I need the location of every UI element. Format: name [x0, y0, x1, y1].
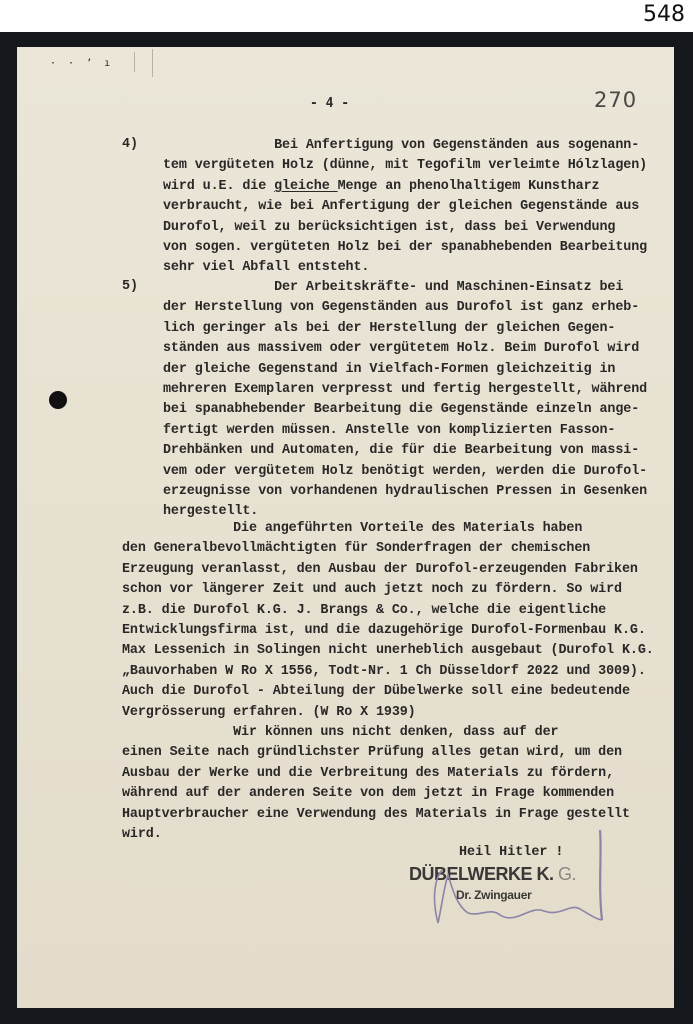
- page-marker: - 4 -: [310, 96, 349, 111]
- text-segment: wird u.E. die: [163, 179, 274, 194]
- text-line: mehreren Exemplaren verpresst und fertig…: [163, 380, 647, 400]
- text-line: Entwicklungsfirma ist, und die dazugehör…: [122, 621, 654, 641]
- text-line: während auf der anderen Seite von dem je…: [122, 784, 630, 804]
- item-number: 5): [122, 279, 138, 294]
- text-segment: Menge an phenolhaltigem Kunstharz: [338, 179, 600, 194]
- text-line: bei spanabhebender Bearbeitung die Gegen…: [163, 400, 647, 420]
- text-line: Die angeführten Vorteile des Materials h…: [122, 519, 654, 539]
- text-line: der gleiche Gegenstand in Vielfach-Forme…: [163, 360, 647, 380]
- underlined-word: gleiche: [274, 179, 338, 194]
- text-line: ständen aus massivem oder vergütetem Hol…: [163, 339, 647, 359]
- company-stamp: DÜBELWERKE K. G.: [409, 864, 576, 885]
- text-line: verbraucht, wie bei Anfertigung der glei…: [163, 197, 647, 217]
- text-line: tem vergüteten Holz (dünne, mit Tegofilm…: [163, 156, 647, 176]
- text-line: Wir können uns nicht denken, dass auf de…: [122, 723, 630, 743]
- text-line: Der Arbeitskräfte- und Maschinen-Einsatz…: [163, 278, 647, 298]
- text-line: sehr viel Abfall entsteht.: [163, 258, 647, 278]
- text-line: erzeugnisse von vorhandenen hydraulische…: [163, 482, 647, 502]
- text-line: den Generalbevollmächtigten für Sonderfr…: [122, 539, 654, 559]
- item-5-text: Der Arbeitskräfte- und Maschinen-Einsatz…: [163, 278, 647, 523]
- text-line: fertigt werden müssen. Anstelle von komp…: [163, 421, 647, 441]
- text-line: einen Seite nach gründlichster Prüfung a…: [122, 743, 630, 763]
- punch-hole-icon: [49, 391, 67, 409]
- text-line: Ausbau der Werke und die Verbreitung des…: [122, 764, 630, 784]
- company-name: DÜBELWERKE K.: [409, 864, 554, 884]
- text-line: Hauptverbraucher eine Verwendung des Mat…: [122, 805, 630, 825]
- item-4-text: Bei Anfertigung von Gegenständen aus sog…: [163, 136, 647, 279]
- text-line: Bei Anfertigung von Gegenständen aus sog…: [163, 136, 647, 156]
- text-line: von sogen. vergüteten Holz bei der spana…: [163, 238, 647, 258]
- item-number: 4): [122, 137, 138, 152]
- folio-number: 270: [594, 88, 637, 112]
- text-line: z.B. die Durofol K.G. J. Brangs & Co., w…: [122, 601, 654, 621]
- company-name-faint: G.: [554, 864, 577, 884]
- text-line: vem oder vergütetem Holz benötigt werden…: [163, 462, 647, 482]
- text-line: Durofol, weil zu berücksichtigen ist, da…: [163, 218, 647, 238]
- text-line: der Herstellung von Gegenständen aus Dur…: [163, 298, 647, 318]
- text-line: Drehbänken und Automaten, die für die Be…: [163, 441, 647, 461]
- text-line: lich geringer als bei der Herstellung de…: [163, 319, 647, 339]
- closing-greeting: Heil Hitler !: [459, 845, 563, 860]
- signatory-name: Dr. Zwingauer: [456, 888, 531, 902]
- text-line: Auch die Durofol - Abteilung der Dübelwe…: [122, 682, 654, 702]
- fold-line: [134, 52, 135, 72]
- fold-line: [152, 49, 153, 77]
- text-line: wird u.E. die gleiche Menge an phenolhal…: [163, 177, 647, 197]
- paragraph-conclusion: Wir können uns nicht denken, dass auf de…: [122, 723, 630, 845]
- text-line: wird.: [122, 825, 630, 845]
- text-line: „Bauvorhaben W Ro X 1556, Todt-Nr. 1 Ch …: [122, 662, 654, 682]
- text-line: Vergrösserung erfahren. (W Ro X 1939): [122, 703, 654, 723]
- scan-specks: · · ’ ı: [50, 58, 113, 69]
- archive-page-number: 548: [643, 2, 685, 27]
- text-line: Max Lessenich in Solingen nicht unerhebl…: [122, 641, 654, 661]
- paragraph-advantages: Die angeführten Vorteile des Materials h…: [122, 519, 654, 723]
- text-line: Erzeugung veranlasst, den Ausbau der Dur…: [122, 560, 654, 580]
- text-line: schon vor längerer Zeit und auch jetzt n…: [122, 580, 654, 600]
